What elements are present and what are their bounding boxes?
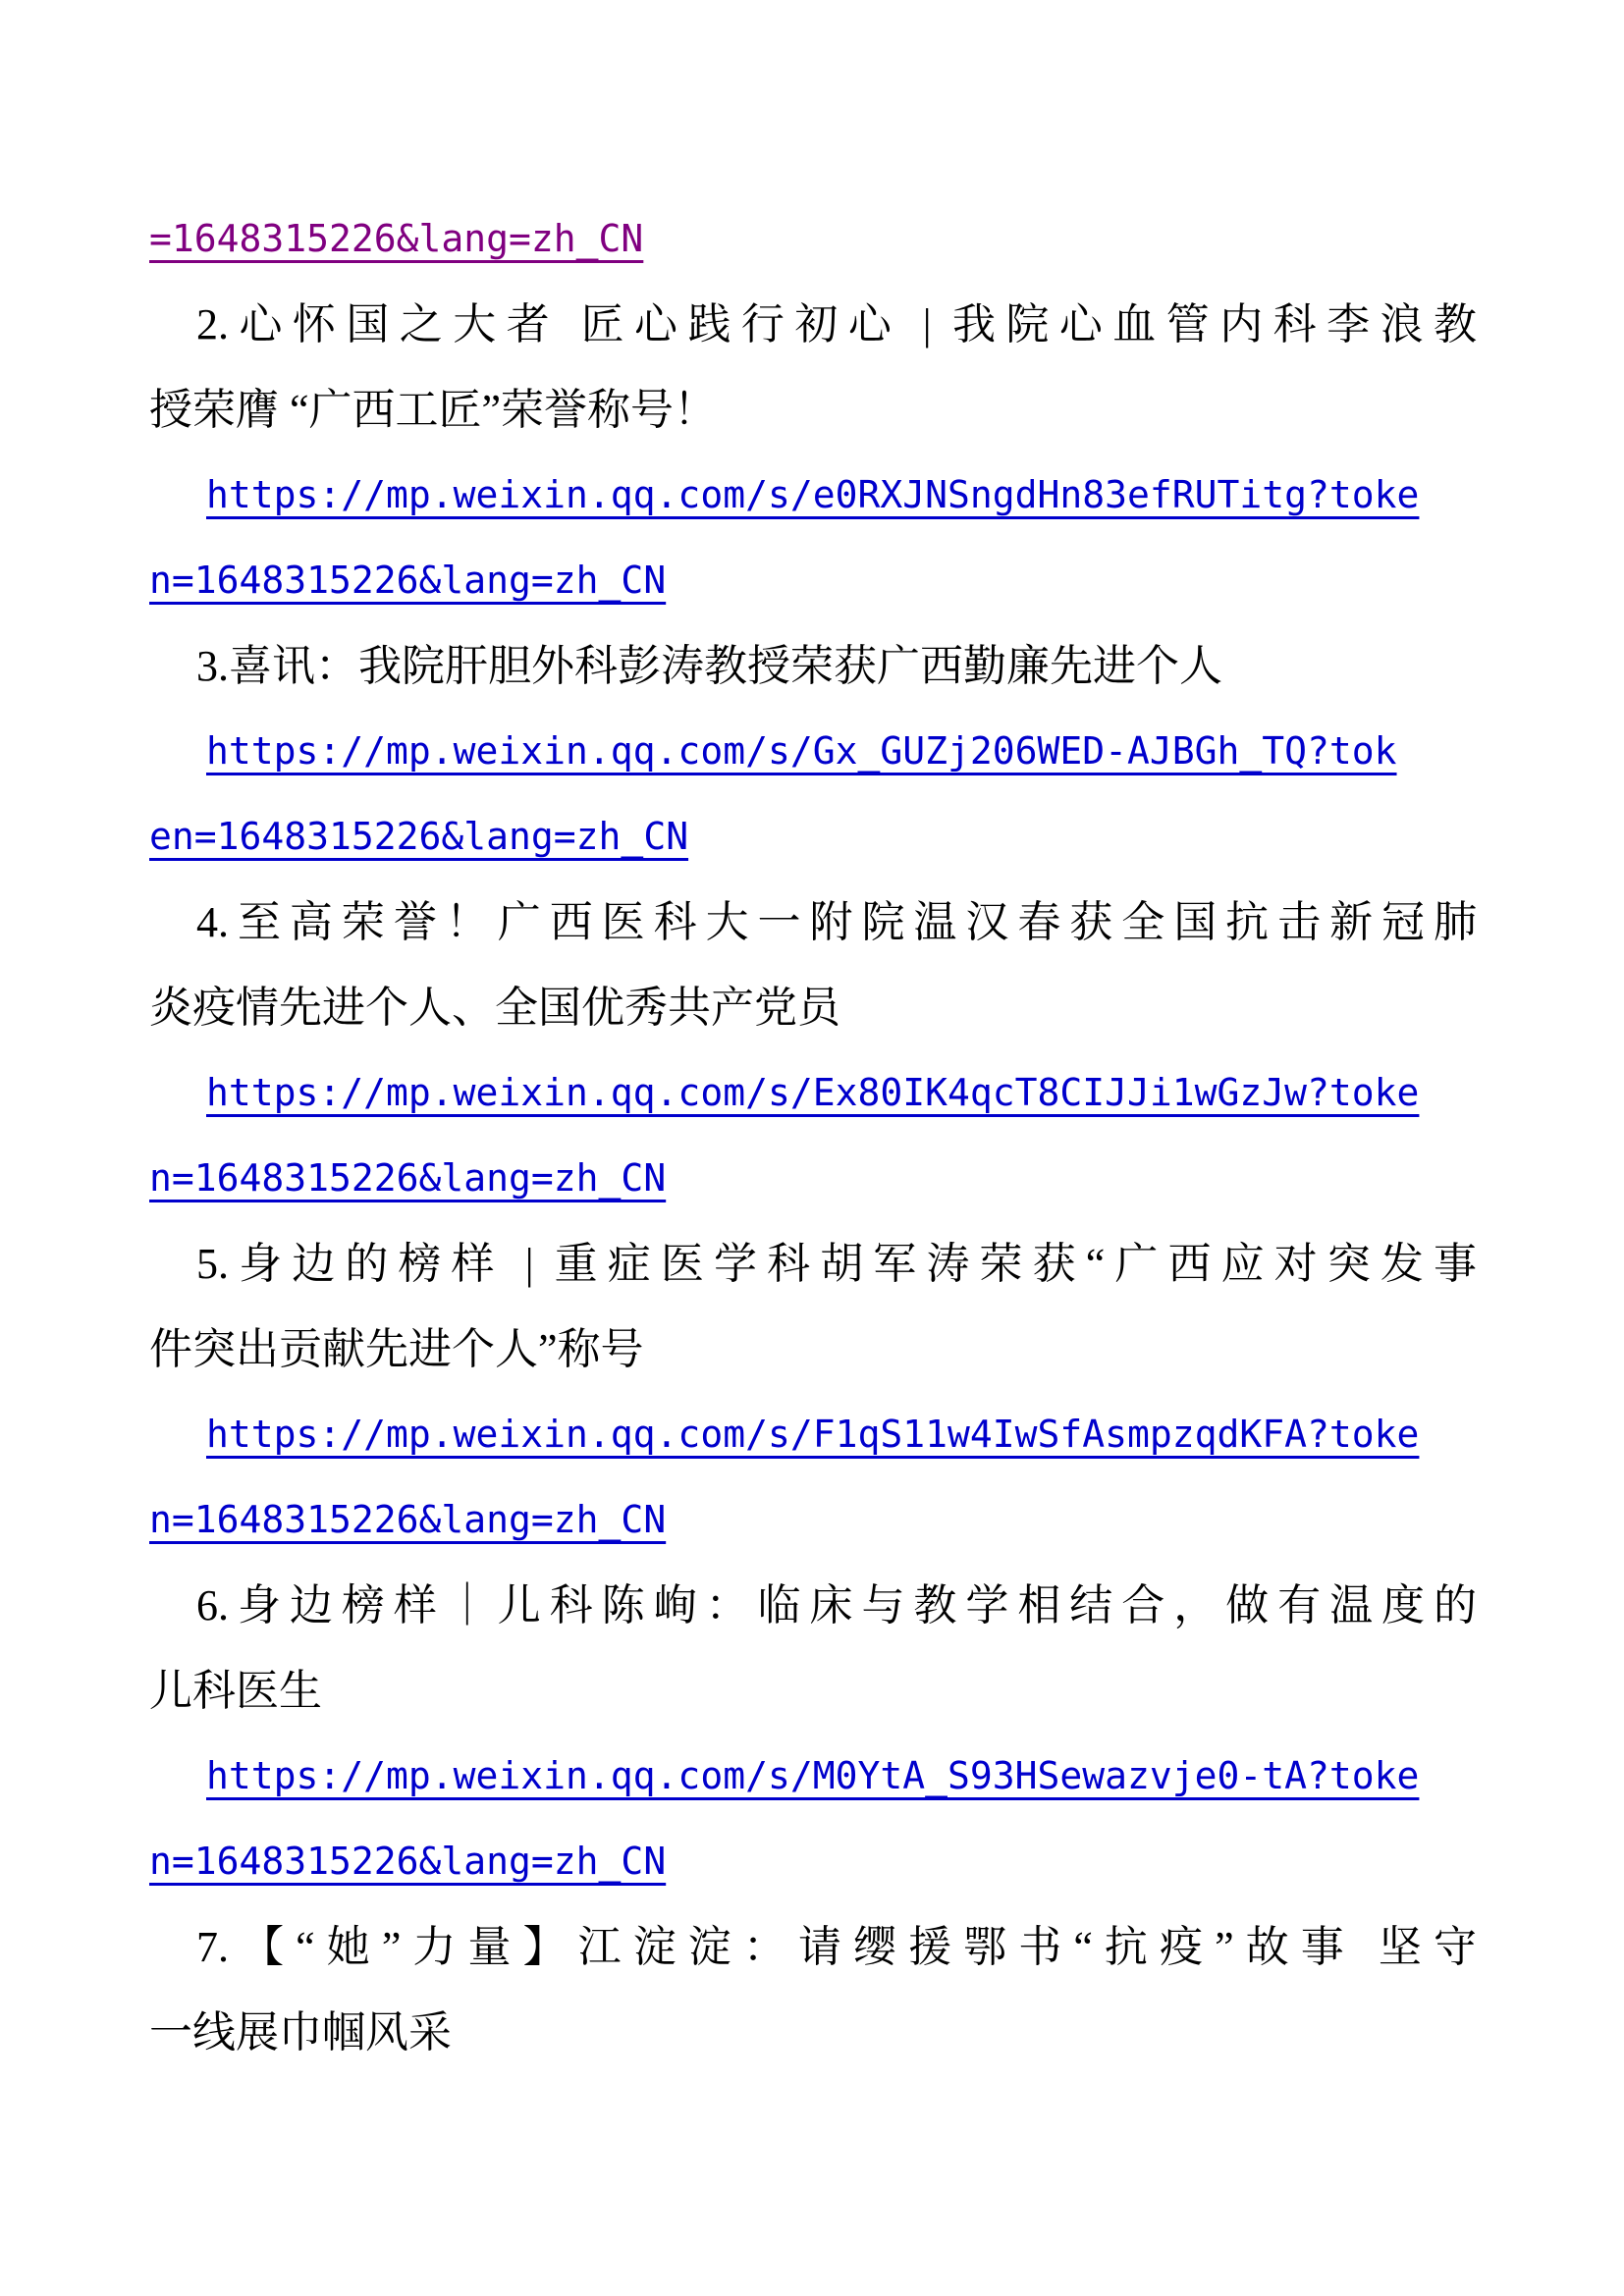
item-5-url-line-1-wrap: https://mp.weixin.qq.com/s/F1qS11w4IwSfA… <box>149 1392 1477 1477</box>
item-4-title-line-1: 4.至高荣誉！广西医科大一附院温汉春获全国抗击新冠肺 <box>149 880 1477 965</box>
item-7-title-line-1: 7.【“她”力量】江淀淀：请缨援鄂书“抗疫”故事 坚守 <box>149 1904 1477 1990</box>
item-2-url-line-1-wrap: https://mp.weixin.qq.com/s/e0RXJNSngdHn8… <box>149 453 1477 538</box>
item-4-url-line-2-wrap: n=1648315226&lang=zh_CN <box>149 1136 1477 1221</box>
document-page: =1648315226&lang=zh_CN 2.心怀国之大者 匠心践行初心 |… <box>0 0 1624 2296</box>
item-7-title-line-2: 一线展巾帼风采 <box>149 1990 1477 2075</box>
item-4-link-continued[interactable]: n=1648315226&lang=zh_CN <box>149 1156 666 1200</box>
item-3-link-continued[interactable]: en=1648315226&lang=zh_CN <box>149 815 688 858</box>
item-5-link-continued[interactable]: n=1648315226&lang=zh_CN <box>149 1498 666 1541</box>
item-2-title-line-1: 2.心怀国之大者 匠心践行初心 | 我院心血管内科李浪教 <box>149 282 1477 367</box>
item-5-title-line-1: 5.身边的榜样 | 重症医学科胡军涛荣获“广西应对突发事 <box>149 1221 1477 1307</box>
item-6-url-line-1-wrap: https://mp.weixin.qq.com/s/M0YtA_S93HSew… <box>149 1734 1477 1819</box>
item-5-title-line-2: 件突出贡献先进个人”称号 <box>149 1307 1477 1392</box>
item-6-url-line-2-wrap: n=1648315226&lang=zh_CN <box>149 1819 1477 1904</box>
item-2-link-continued[interactable]: n=1648315226&lang=zh_CN <box>149 559 666 602</box>
item-3-title-line-1: 3.喜讯：我院肝胆外科彭涛教授荣获广西勤廉先进个人 <box>149 623 1477 709</box>
item-6-title-line-2: 儿科医生 <box>149 1648 1477 1734</box>
item-2-url-line-2-wrap: n=1648315226&lang=zh_CN <box>149 538 1477 623</box>
item-4-url-line-1-wrap: https://mp.weixin.qq.com/s/Ex80IK4qcT8CI… <box>149 1050 1477 1136</box>
item-3-url-line-2-wrap: en=1648315226&lang=zh_CN <box>149 794 1477 880</box>
item-5-url-line-2-wrap: n=1648315226&lang=zh_CN <box>149 1477 1477 1563</box>
item-6-link[interactable]: https://mp.weixin.qq.com/s/M0YtA_S93HSew… <box>206 1754 1419 1797</box>
item-6-title-line-1: 6.身边榜样｜儿科陈峋：临床与教学相结合，做有温度的 <box>149 1563 1477 1648</box>
document-text-block: =1648315226&lang=zh_CN 2.心怀国之大者 匠心践行初心 |… <box>149 196 1477 2075</box>
continued-link-line-wrap: =1648315226&lang=zh_CN <box>149 196 1477 282</box>
item-5-link[interactable]: https://mp.weixin.qq.com/s/F1qS11w4IwSfA… <box>206 1413 1419 1456</box>
item-6-link-continued[interactable]: n=1648315226&lang=zh_CN <box>149 1840 666 1883</box>
item-4-title-line-2: 炎疫情先进个人、全国优秀共产党员 <box>149 965 1477 1050</box>
visited-link-continuation[interactable]: =1648315226&lang=zh_CN <box>149 217 643 260</box>
item-2-title-line-2: 授荣膺 “广西工匠”荣誉称号！ <box>149 367 1477 453</box>
item-4-link[interactable]: https://mp.weixin.qq.com/s/Ex80IK4qcT8CI… <box>206 1071 1419 1114</box>
item-3-link[interactable]: https://mp.weixin.qq.com/s/Gx_GUZj206WED… <box>206 729 1397 773</box>
item-2-link[interactable]: https://mp.weixin.qq.com/s/e0RXJNSngdHn8… <box>206 473 1419 516</box>
item-3-url-line-1-wrap: https://mp.weixin.qq.com/s/Gx_GUZj206WED… <box>149 709 1477 794</box>
